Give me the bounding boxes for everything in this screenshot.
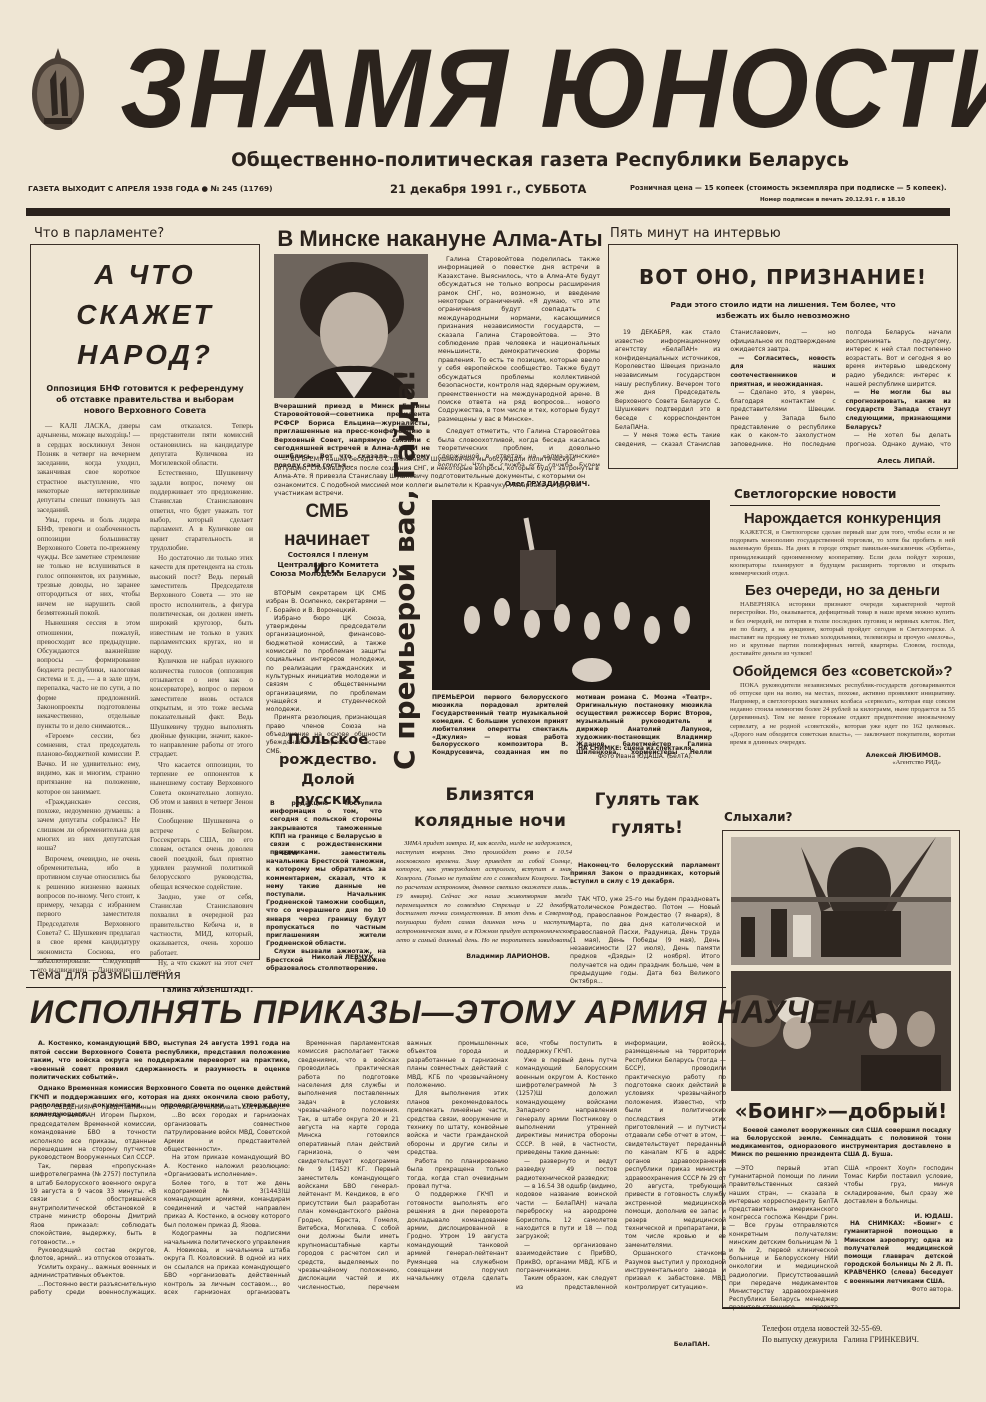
svetlogorsk-headline-2: Без очереди, но за деньги [730,582,955,599]
svetlogorsk-author: Алексей ЛЮБИМОВ. [730,751,941,759]
minsk-headline: В Минске накануне Алма-Аты [270,226,610,252]
since-text: ГАЗЕТА ВЫХОДИТ С АПРЕЛЯ 1938 ГОДА [28,184,199,193]
army-article: А. Костенко, командующий БВО, выступая 2… [30,1040,726,1300]
boeing-headline: «Боинг»—добрый! [723,1099,959,1123]
boeing-credit: Фото автора. [844,1286,953,1294]
interview-author: Алесь ЛИПАЙ. [615,457,935,465]
interview-article: ВОТ ОНО, ПРИЗНАНИЕ! Ради этого стоило ид… [608,244,958,469]
smb-lead: Состоялся I пленум Центрального Комитета… [270,550,386,579]
masthead-rule [26,208,950,216]
parliament-body: — КАЛІ ЛАСКА, дзверы адчынены, можаце вы… [37,422,253,982]
boeing-lead: Боевой самолет вооруженных сил США совер… [731,1127,951,1159]
stage-crowd-photo [432,500,710,690]
order-medal-icon [28,44,88,134]
parliament-headline: А ЧТО СКАЖЕТ НАРОД? [37,249,253,375]
army-headline: ИСПОЛНЯТЬ ПРИКАЗЫ—ЭТОМУ АРМИЯ НАУЧЕНА [30,994,720,1031]
svetlogorsk-body-1: КАЖЕТСЯ, в Светлогорске сделан первый ша… [730,529,955,578]
boeing-body: —ЭТО первый этап гуманитарной помощи по … [729,1165,953,1313]
svetlogorsk-agency: «Агентство РИД» [730,759,941,766]
boeing-rubric: Слыхали? [724,810,792,824]
svetlogorsk-rubric: Светлогорские новости [734,487,896,501]
price-note: Розничная цена — 15 копеек (стоимость эк… [630,184,947,192]
footer-rule [722,1308,960,1309]
army-rubric: Тема для размышления [30,968,181,982]
holidays-lead: Наконец-то белорусский парламент принял … [570,862,720,887]
parliament-rubric: Что в парламенте? [34,226,164,241]
polish-author: Николай ЛЕВЧУК. [266,954,376,961]
premiere-credit: Фото Ивана ЮДАША. (БелТА). [598,752,693,761]
masthead: ЗНАМЯ ЮНОСТИ Общественно-политическая га… [0,0,986,220]
kolyada-author: Владимир ЛАРИОНОВ. [400,952,550,960]
newspaper-subtitle: Общественно-политическая газета Республи… [120,150,960,171]
svetlogorsk-headline-1: Нарождается конкуренция [730,510,955,527]
minsk-author: Олег ГРУЗДИЛОВИЧ. [438,480,590,488]
issue-number: № 245 (11769) [211,184,273,193]
newspaper-title: ЗНАМЯ ЮНОСТИ [120,30,970,149]
svetlogorsk-headline-3: Обойдемся без «советской»? [730,663,955,680]
interview-headline: ВОТ ОНО, ПРИЗНАНИЕ! [615,265,951,289]
svetlogorsk-article: Нарождается конкуренция КАЖЕТСЯ, в Светл… [730,510,955,766]
kolyada-headline: Близятся колядные ночи [400,782,580,834]
footer-phone: Телефон отдела новостей 32-55-69. [762,1324,882,1333]
army-author: БелаПАН. [600,1340,710,1348]
masthead-since: ГАЗЕТА ВЫХОДИТ С АПРЕЛЯ 1938 ГОДА ● № 24… [28,184,272,193]
boeing-caption: НА СНИМКАХ: «Боинг» с гуманитарной помощ… [844,1220,953,1286]
interview-rubric: Пять минут на интервью [610,226,781,241]
parliament-article: А ЧТО СКАЖЕТ НАРОД? Оппозиция БНФ готови… [30,244,260,960]
army-rule [26,987,726,988]
boeing-author: И. ЮДАШ. [844,1212,953,1220]
premiere-vertical-headline: С премьерой вас, Гайда! [388,369,421,770]
army-body-right: Временная парламентская комиссия распола… [298,1040,726,1300]
svetlogorsk-rule [730,505,940,506]
holidays-body: ТАК ЧТО, уже 25-го мы будем праздновать … [570,896,720,986]
boeing-aircraft-photo [731,837,951,965]
kolyada-body: ЗИМА придет завтра. И, как всегда, нигде… [396,840,572,944]
boeing-article: «Боинг»—добрый! Боевой самолет вооруженн… [722,830,960,1308]
minsk-body-right: Галина Старовойтова поделилась также инф… [438,256,600,466]
issue-date: 21 декабря 1991 г., СУББОТА [390,182,586,196]
interview-lead: Ради этого стоило идти на лишения. Тем б… [655,299,911,321]
interview-body: 19 ДЕКАБРЯ, как стало известно информаци… [615,329,951,457]
holidays-headline: Гулять так гулять! [572,786,722,842]
footer-duty: По выпуску дежурила Галина ГРИНКЕВИЧ. [762,1335,919,1344]
army-body-left: ПО СВЕДЕНИЯМ, представленным агентству Б… [30,1104,290,1300]
polish-headline: Польское рождество. Долой русских [266,730,390,810]
svetlogorsk-body-2: НАВЕРНЯКА историки признают очереди хара… [730,601,955,658]
polish-lead: В редакцию поступила информация о том, ч… [270,800,382,857]
svetlogorsk-body-3: ПОКА руководители независимых республик-… [730,682,955,748]
parliament-lead: Оппозиция БНФ готовится к референдуму об… [45,383,245,416]
bullet-icon: ● [202,184,208,193]
signed-note: Номер подписан в печать 20.12.91 г. в 18… [760,197,905,203]
doctors-greeting-photo [731,971,951,1091]
